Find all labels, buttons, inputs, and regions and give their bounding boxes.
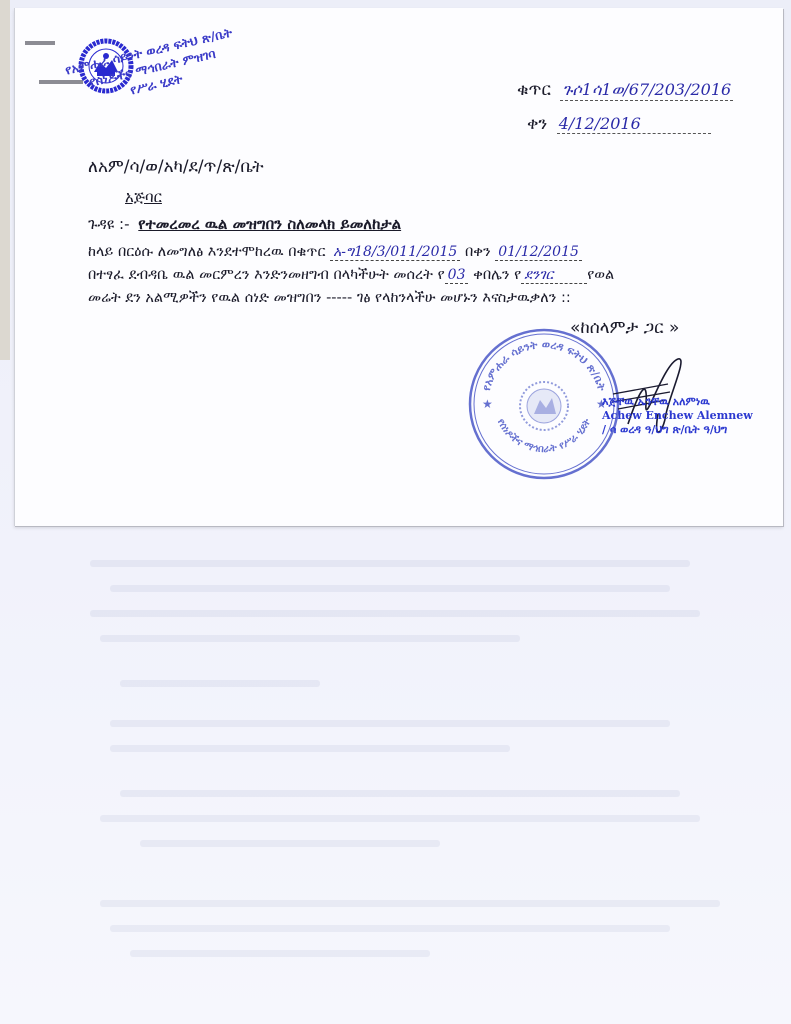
staple-mark bbox=[25, 41, 55, 45]
reference-number-value: ጉሶ1ሳ1ወ/67/203/2016 bbox=[560, 80, 733, 101]
subject-label: ጉዳዩ :- bbox=[88, 215, 130, 233]
signer-title: / ሳ ወረዳ ዓ/ህግ ጽ/ቤት ዓ/ህግ bbox=[602, 423, 753, 437]
official-round-stamp-icon: የአምሐራ ሳይንት ወረዳ ፍትህ ጽ/ቤት የሰነዶችና ማኅበራት የሥራ… bbox=[466, 326, 622, 482]
incoming-reference-number: አ-ግ18/3/011/2015 bbox=[330, 244, 460, 261]
reference-number-label: ቁጥር bbox=[517, 80, 551, 100]
recipient: ለአም/ሳ/ወ/አካ/ደ/ጥ/ጽ/ቤት bbox=[88, 157, 264, 177]
signer-name-english: Achew Enchew Alemnew bbox=[602, 409, 753, 423]
body-line-2: በተፃፈ ደብዳቤ ዉል መርምረን እንድንመዘግብ በላካችሁት መሰረት … bbox=[88, 267, 614, 284]
bleed-through-text bbox=[100, 635, 520, 642]
bleed-through-text bbox=[110, 745, 510, 752]
svg-text:★: ★ bbox=[482, 397, 493, 411]
kebele-number: 03 bbox=[445, 267, 469, 284]
signer-name-amharic: እጅቸዉ ኤንቸዉ አለምነዉ bbox=[602, 395, 753, 409]
bleed-through-text bbox=[110, 925, 670, 932]
body-line-1: ከላይ በርዕሱ ለመግለፅ እንደተሞከረዉ በቁጥር አ-ግ18/3/011… bbox=[88, 244, 582, 261]
bleed-through-text bbox=[120, 680, 320, 687]
date-label: ቀን bbox=[527, 114, 547, 134]
greeting: አጅባር bbox=[125, 188, 162, 206]
scanner-edge bbox=[0, 0, 10, 360]
subject-line: ጉዳዩ :- የተመረመረ ዉል መዝግበን ስለመላክ ይመለከታል bbox=[88, 215, 401, 233]
body-text: የወል bbox=[587, 267, 614, 283]
body-text: ከላይ በርዕሱ ለመግለፅ እንደተሞከረዉ በቁጥር bbox=[88, 244, 325, 260]
bleed-through-text bbox=[100, 900, 720, 907]
subject-text: የተመረመረ ዉል መዝግበን ስለመላክ ይመለከታል bbox=[138, 215, 401, 233]
body-text: በቀን bbox=[465, 244, 491, 260]
reference-number-row: ቁጥር ጉሶ1ሳ1ወ/67/203/2016 bbox=[517, 80, 733, 101]
bleed-through-text bbox=[120, 790, 680, 797]
date-value: 4/12/2016 bbox=[557, 114, 711, 134]
bleed-through-text bbox=[110, 720, 670, 727]
bleed-through-text bbox=[130, 950, 430, 957]
bleed-through-text bbox=[90, 610, 700, 617]
date-row: ቀን 4/12/2016 bbox=[527, 114, 711, 134]
land-type: ደንገር bbox=[521, 267, 587, 284]
bleed-through-text bbox=[100, 815, 700, 822]
signer-block: እጅቸዉ ኤንቸዉ አለምነዉ Achew Enchew Alemnew / ሳ… bbox=[602, 395, 753, 437]
body-text: ቀበሌን የ bbox=[473, 267, 521, 283]
body-line-3: መሬት ደን አልሚዎችን የዉል ሰነድ መዝግበን ----- ገፅ የላከ… bbox=[88, 290, 571, 306]
bleed-through-text bbox=[140, 840, 440, 847]
bleed-through-text bbox=[90, 560, 690, 567]
incoming-letter-date: 01/12/2015 bbox=[495, 244, 582, 261]
bleed-through-text bbox=[110, 585, 670, 592]
body-text: በተፃፈ ደብዳቤ ዉል መርምረን እንድንመዘግብ በላካችሁት መሰረት … bbox=[88, 267, 445, 283]
